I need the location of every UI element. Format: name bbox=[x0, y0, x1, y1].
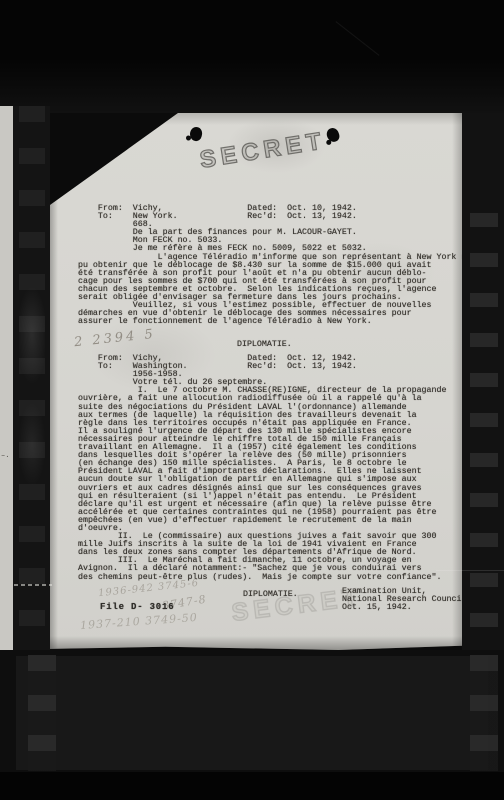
secret-stamp: SECRET bbox=[177, 124, 349, 178]
film-edge-bar bbox=[0, 772, 504, 800]
file-number: File D- 3016 bbox=[100, 602, 174, 612]
film-sprocket-band-left bbox=[28, 655, 56, 771]
examination-unit-block: Examination Unit, National Research Coun… bbox=[342, 588, 462, 612]
diplomatie-label-2: DIPLOMATIE. bbox=[243, 590, 298, 599]
film-sprocket-band-right bbox=[470, 655, 498, 771]
film-background-bottom bbox=[0, 650, 504, 800]
diplomatie-label-1: DIPLOMATIE. bbox=[237, 340, 292, 349]
film-scratch bbox=[14, 584, 52, 586]
handwritten-number-mid: 2 2394 5 bbox=[73, 327, 156, 350]
message-2-text: From: Vichy, Dated: Oct. 12, 1942. To: W… bbox=[78, 355, 446, 582]
message-1-text: From: Vichy, Dated: Oct. 10, 1942. To: N… bbox=[78, 205, 462, 326]
adjacent-page-text-fragment: –. bbox=[1, 452, 9, 460]
microfilm-frame: –. SECRET From: Vichy, Dated: Oct. 10, 1… bbox=[0, 0, 504, 800]
film-gutter-left bbox=[13, 106, 50, 652]
document-page: SECRET From: Vichy, Dated: Oct. 10, 1942… bbox=[50, 113, 462, 650]
handwritten-number-footer-3: 1937-210 3749-50 bbox=[80, 611, 199, 632]
adjacent-page-edge: –. bbox=[0, 106, 13, 658]
punch-hole bbox=[189, 126, 204, 142]
film-background-top bbox=[0, 0, 504, 113]
film-interframe-area bbox=[16, 656, 488, 770]
film-scratch bbox=[436, 570, 504, 571]
